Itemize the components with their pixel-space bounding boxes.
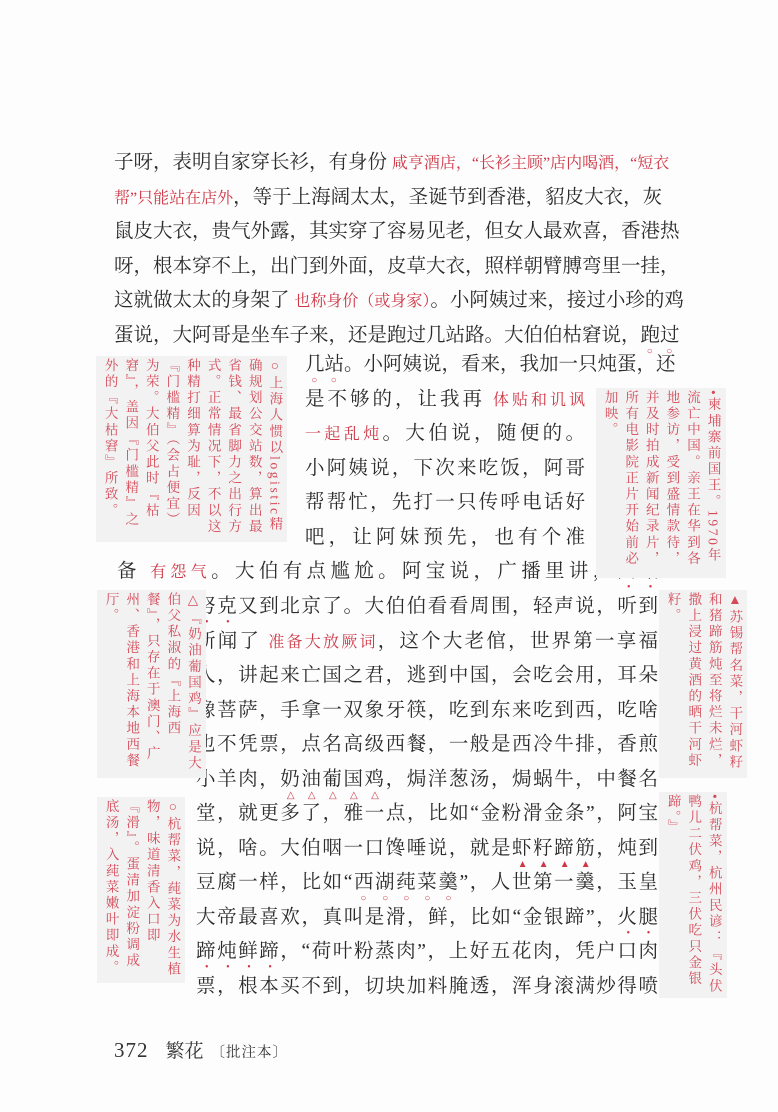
page-footer: 372 繁花 〔批注本〕	[114, 1036, 288, 1063]
book-title: 繁花	[166, 1036, 204, 1063]
inline-annotation: 咸亨酒店，“长衫主顾”店内喝酒，“短衣	[392, 155, 669, 172]
margin-note-left-brasenia: ○杭帮菜，莼菜为水生植物，味道清香入口即『滑』。蛋清加淀粉调成底汤，入莼菜嫩叶即…	[97, 797, 185, 983]
emphasized-text: 几站	[305, 354, 344, 375]
text-segment: 豆腐一样，比如“	[196, 872, 352, 893]
text-segment: ，“荷叶粉蒸肉”，上好五花肉，凭户口肉	[280, 941, 658, 962]
text-segment: 又到北京了。大伯伯看看周围，轻声说，听到	[238, 596, 658, 617]
text-segment: 堂，就更多了，雅一点，比如“金粉滑金条”，阿宝	[196, 803, 658, 824]
text-segment: 小羊肉，	[196, 769, 280, 790]
text-line: 努克又到北京了。大伯伯看看周围，轻声说，听到	[196, 590, 658, 625]
emphasized-text: 西湖莼菜羹	[352, 872, 459, 893]
text-line: 人，讲起来亡国之君，逃到中国，会吃会用，耳朵	[196, 659, 658, 694]
main-text-block-block-lower: 努克又到北京了。大伯伯看看周围，轻声说，听到新闻了 准备大放厥词，这个大老倌，世…	[196, 590, 658, 1004]
margin-note-left-portuguese-chicken: △『奶油葡国鸡』应是大伯父私淑的『上海西餐』，只存在于澳门、广州、香港和上海本地…	[97, 590, 206, 778]
page-number: 372	[114, 1038, 149, 1063]
text-line: 鼠皮大衣，贵气外露，其实穿了容易见老，但女人最欢喜，香港热	[114, 215, 660, 250]
text-segment: 人，讲起来亡国之君，逃到中国，会吃会用，耳朵	[196, 665, 658, 686]
text-line: 几站。小阿姨说，看来，我加一只炖蛋，还	[305, 348, 661, 383]
inline-annotation: 一起乱炖	[305, 426, 383, 443]
text-segment: 是不够的，让我再	[305, 389, 493, 410]
edition-label: 〔批注本〕	[211, 1041, 289, 1062]
margin-note-right-shrimp-tendon: ▲苏锡帮名菜，干河虾籽和猪蹄筋炖至将烂未烂，撒上浸过黄酒的晒干河虾籽。	[659, 590, 747, 778]
main-text-block-block-narrow: 几站。小阿姨说，看来，我加一只炖蛋，还是不够的，让我再 体贴和讥讽一起乱炖。大伯…	[305, 348, 585, 555]
text-segment: 鼠皮大衣，贵气外露，其实穿了容易见老，但女人最欢喜，香港热	[114, 221, 680, 242]
emphasized-text: 虾籽蹄筋	[512, 838, 596, 859]
text-segment: 也不凭票，点名高级西餐，一般是西冷牛排，香煎	[196, 734, 658, 755]
text-segment: 吧，让阿妹预先，也有个准	[305, 527, 585, 548]
text-segment: 帮帮忙，先打一只传呼电话好	[305, 492, 585, 513]
text-line: 呀，根本穿不上，出门到外面，皮草大衣，照样朝臂膊弯里一挂，	[114, 250, 660, 285]
text-line: 吧，让阿妹预先，也有个准	[305, 521, 585, 556]
text-segment: 。小阿姨过来，接过小珍的鸡	[430, 290, 684, 311]
text-line: 这就做太太的身架了 也称身价（或身家）。小阿姨过来，接过小珍的鸡	[114, 284, 660, 319]
text-segment: 蛋说，大阿哥是坐车子来，还是跑过几站路。大伯伯枯窘说，	[114, 325, 641, 346]
inline-annotation: 帮”只能站在店外	[114, 190, 233, 207]
text-line: 是不够的，让我再 体贴和讥讽	[305, 383, 585, 418]
inline-annotation: 有怨气	[150, 564, 211, 581]
text-segment: 备	[117, 561, 150, 582]
text-segment: 这就做太太的身架了	[114, 290, 294, 311]
text-segment: 呀，根本穿不上，出门到外面，皮草大衣，照样朝臂膊弯里一挂，	[114, 256, 680, 277]
text-line: 说，啥。大伯咽一口馋唾说，就是虾籽蹄筋，炖到	[196, 832, 658, 867]
inline-annotation: 体贴和讥讽	[493, 392, 585, 409]
text-segment: ，等于上海阔太太，圣诞节到香港，貂皮大衣，灰	[233, 187, 662, 208]
text-segment: ，炖到	[596, 838, 658, 859]
main-text-block-block-bridge: 备 有怨气。大伯有点尴尬。阿宝说，广播里讲，西哈	[117, 555, 660, 590]
inline-annotation: 也称身价（或身家）	[294, 293, 430, 310]
text-line: 小羊肉，奶油葡国鸡，焗洋葱汤，焗蜗牛，中餐名	[196, 763, 658, 798]
text-segment: 像菩萨，手拿一双象牙筷，吃到东来吃到西，吃啥	[196, 700, 658, 721]
text-segment: 新闻了	[196, 631, 268, 652]
margin-note-right-sihanouk: •柬埔寨前国王。1970年流亡中国。亲王在华到各地参访，受到盛情款待，并及时拍成…	[596, 388, 726, 578]
emphasized-text: 蹄炖鲜蹄	[196, 941, 280, 962]
text-segment: ，焗洋葱汤，焗蜗牛，中餐名	[386, 769, 658, 790]
text-segment: 小阿姨说，下次来吃饭，阿哥	[305, 458, 585, 479]
emphasized-text: 奶油葡国鸡	[280, 769, 385, 790]
text-line: 备 有怨气。大伯有点尴尬。阿宝说，广播里讲，西哈	[117, 555, 660, 590]
text-line: 子呀，表明自家穿长衫，有身份 咸亨酒店，“长衫主顾”店内喝酒，“短衣	[114, 146, 660, 181]
main-text-block-block-top: 子呀，表明自家穿长衫，有身份 咸亨酒店，“长衫主顾”店内喝酒，“短衣帮”只能站在…	[114, 146, 660, 353]
text-line: 小阿姨说，下次来吃饭，阿哥	[305, 452, 585, 487]
text-line: 新闻了 准备大放厥词，这个大老倌，世界第一享福	[196, 625, 658, 660]
text-segment: ”，人世第一羹，玉皇	[459, 872, 658, 893]
text-segment: 大帝最喜欢，真叫是滑，鲜，比如“金银蹄”，	[196, 907, 617, 928]
text-line: 像菩萨，手拿一双象牙筷，吃到东来吃到西，吃啥	[196, 694, 658, 729]
emphasized-text: 跑过	[641, 325, 680, 346]
text-line: 帮”只能站在店外，等于上海阔太太，圣诞节到香港，貂皮大衣，灰	[114, 181, 660, 216]
text-segment: 票，根本买不到，切块加料腌透，浑身滚满炒得喷	[196, 976, 658, 997]
text-segment: 。大伯有点尴尬。阿宝说，广播里讲，	[211, 561, 616, 582]
book-page: 子呀，表明自家穿长衫，有身份 咸亨酒店，“长衫主顾”店内喝酒，“短衣帮”只能站在…	[0, 0, 778, 1112]
emphasized-text: 火腿	[617, 907, 658, 928]
text-line: 堂，就更多了，雅一点，比如“金粉滑金条”，阿宝	[196, 797, 658, 832]
text-line: 豆腐一样，比如“西湖莼菜羹”，人世第一羹，玉皇	[196, 866, 658, 901]
text-line: 一起乱炖。大伯说，随便的。	[305, 417, 585, 452]
text-segment: 说，啥。大伯咽一口馋唾说，就是	[196, 838, 512, 859]
text-line: 蹄炖鲜蹄，“荷叶粉蒸肉”，上好五花肉，凭户口肉	[196, 935, 658, 970]
margin-note-right-golden-silver-hock: •杭帮菜，杭州民谚：『头伏鸭儿二伏鸡，三伏吃只金银蹄。』	[659, 792, 727, 998]
margin-note-left-logistic: ○上海人惯以logistic精确规划公交站数，算出最省钱、最省脚力之出行方式。正…	[96, 356, 287, 542]
text-line: 也不凭票，点名高级西餐，一般是西冷牛排，香煎	[196, 728, 658, 763]
text-segment: 。大伯说，随便的。	[383, 423, 585, 444]
text-segment: 。小阿姨说，看来，我加一只炖蛋，还	[344, 354, 676, 375]
text-line: 大帝最喜欢，真叫是滑，鲜，比如“金银蹄”，火腿	[196, 901, 658, 936]
inline-annotation: 准备大放厥词	[268, 634, 377, 651]
text-line: 票，根本买不到，切块加料腌透，浑身滚满炒得喷	[196, 970, 658, 1005]
text-segment: 子呀，表明自家穿长衫，有身份	[114, 152, 392, 173]
text-line: 帮帮忙，先打一只传呼电话好	[305, 486, 585, 521]
text-segment: ，这个大老倌，世界第一享福	[378, 631, 658, 652]
